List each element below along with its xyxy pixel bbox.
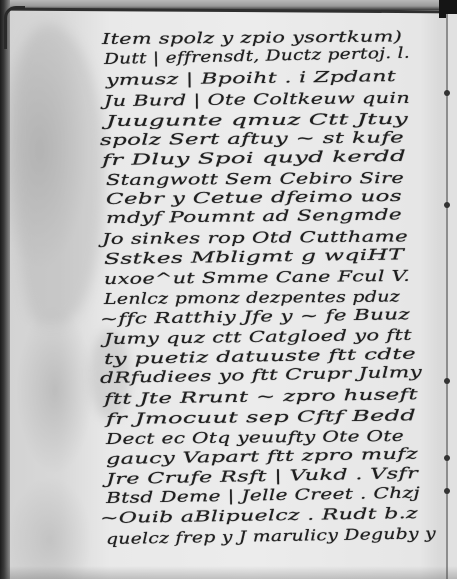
manuscript-line: ~Ouib aBlipuelcz . Rudt b.z [100,504,418,527]
manuscript-line: Ju Burd | Ote Coltkeuw quin [104,89,410,110]
manuscript-line: uxoe^ut Smme Cane Fcul V. [104,267,410,288]
manuscript-line: fr Dluy Spoi quyd kerdd [102,147,406,169]
manuscript-line: Jo sinkes rop Otd Cutthame [102,227,408,248]
manuscript-line: mdyf Poumnt ad Sengmde [106,205,402,227]
manuscript-line: Lenlcz pmonz dezpentes pduz [104,287,400,308]
manuscript-line: ftt Jte Rrunt ~ zpro huseft [104,385,418,408]
manuscript-line: quelcz frep y J marulicy Deguby y [106,524,436,548]
manuscript-text-block: Item spolz y zpio ysortkum)Dutt | effren… [0,0,457,579]
manuscript-line: fr Jmocuut sep Cftf Bedd [106,406,416,428]
manuscript-line: Sstkes Mbligmt g wqiHT [104,245,404,268]
manuscript-line: ymusz | Bpoiht . i Zpdant [106,67,396,89]
manuscript-line: Stangwott Sem Cebiro Sire [106,169,404,189]
manuscript-line: Juugunte qmuz Ctt Jtuy [106,110,408,130]
manuscript-line: ~ffc Ratthiy Jfe y ~ fe Buuz [100,305,410,328]
manuscript-line: Cebr y Cetue dfeimo uos [106,187,402,208]
manuscript-line: spolz Sert aftuy ~ st kufe [100,128,404,149]
manuscript-page: Item spolz y zpio ysortkum)Dutt | effren… [0,0,457,579]
